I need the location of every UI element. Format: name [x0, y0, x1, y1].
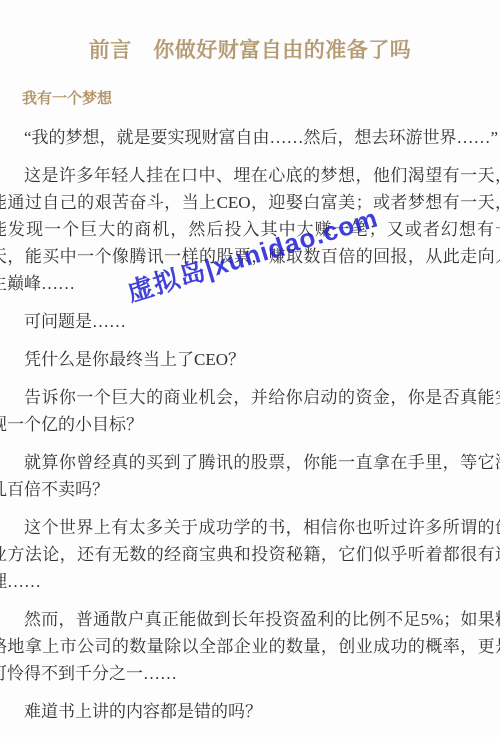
paragraph: 就算你曾经真的买到了腾讯的股票，你能一直拿在手里，等它涨几百倍不卖吗？ — [0, 449, 500, 503]
paragraph: 难道书上讲的内容都是错的吗？ — [0, 698, 500, 725]
paragraph: 凭什么是你最终当上了CEO？ — [0, 346, 500, 373]
body-text: “我的梦想，就是要实现财富自由……然后，想去环游世界……” 这是许多年轻人挂在口… — [0, 124, 500, 725]
section-heading: 我有一个梦想 — [22, 90, 500, 108]
paragraph: 然而，普通散户真正能做到长年投资盈利的比例不足5%；如果粗略地拿上市公司的数量除… — [0, 606, 500, 687]
paragraph-quote: “我的梦想，就是要实现财富自由……然后，想去环游世界……” — [0, 124, 500, 151]
page-title: 前言 你做好财富自由的准备了吗 — [0, 37, 500, 64]
paragraph: 告诉你一个巨大的商业机会，并给你启动的资金，你是否真能实现一个亿的小目标？ — [0, 384, 500, 438]
paragraph: 可问题是…… — [0, 308, 500, 335]
document-page: 前言 你做好财富自由的准备了吗 我有一个梦想 “我的梦想，就是要实现财富自由……… — [0, 0, 500, 737]
paragraph: 这是许多年轻人挂在口中、埋在心底的梦想，他们渴望有一天，能通过自己的艰苦奋斗，当… — [0, 162, 500, 297]
paragraph: 这个世界上有太多关于成功学的书，相信你也听过许多所谓的创业方法论，还有无数的经商… — [0, 514, 500, 595]
